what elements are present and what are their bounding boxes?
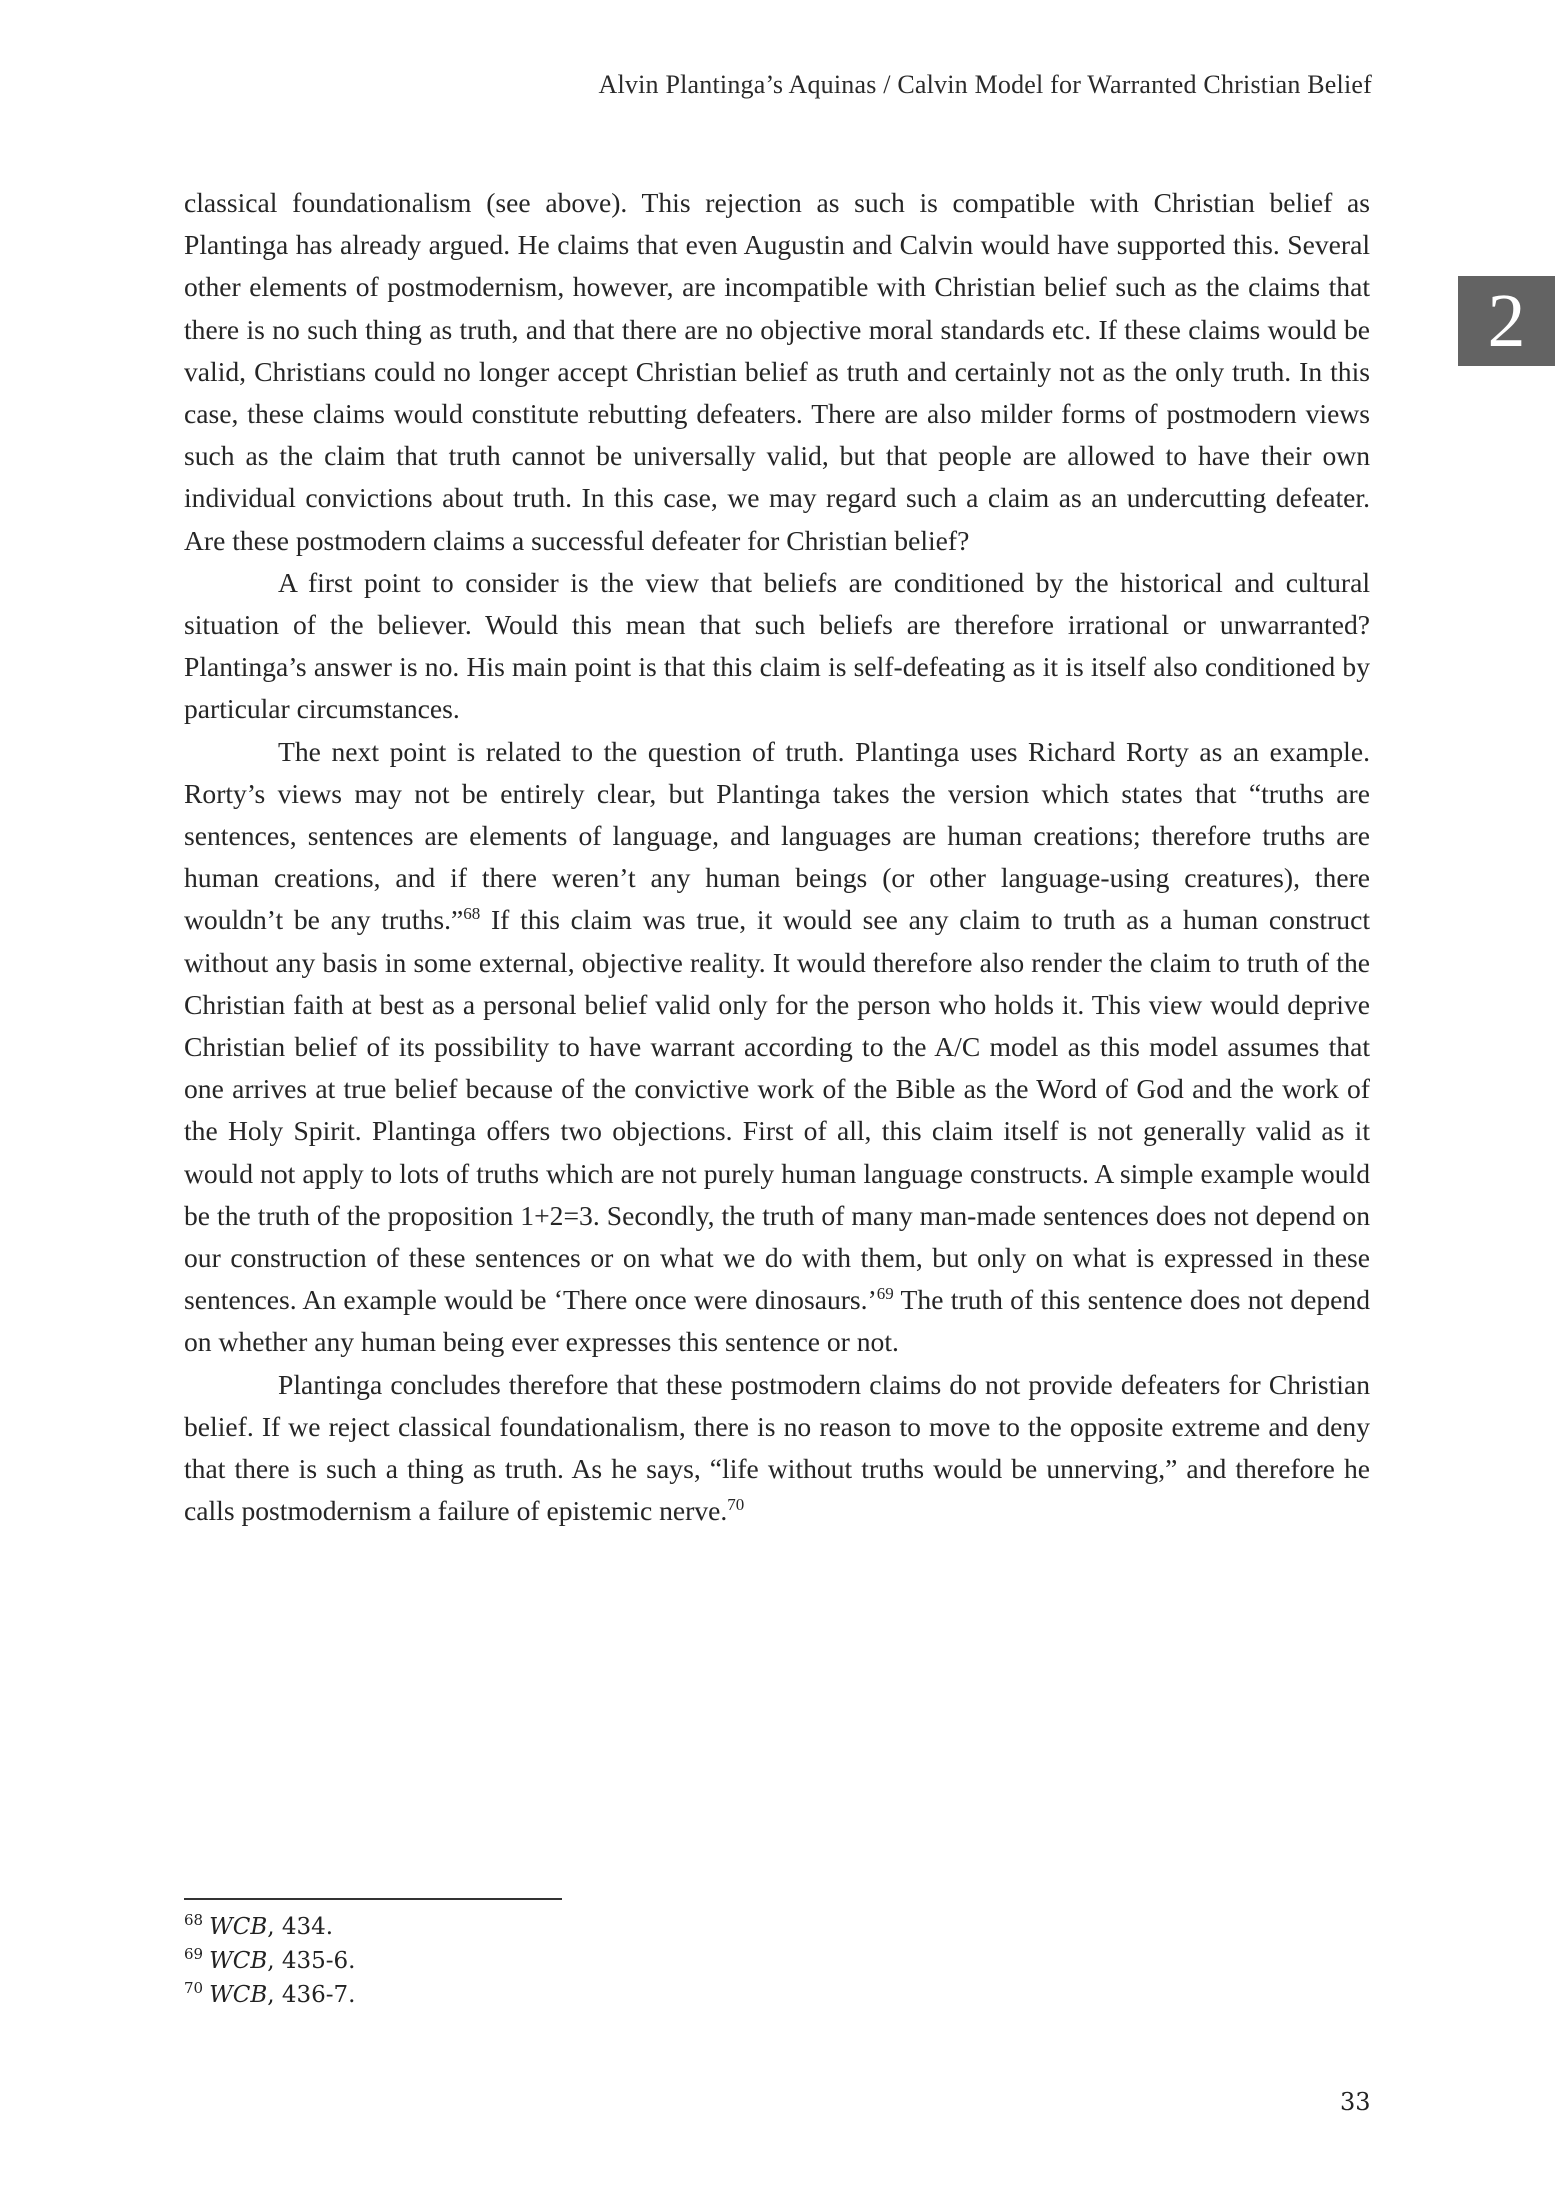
footnote-pages: , 436-7. [267,1982,355,2008]
chapter-tab: 2 [1458,276,1555,366]
footnotes: 68WCB, 434. 69WCB, 435-6. 70WCB, 436-7. [184,1910,355,2012]
footnote-68: 68WCB, 434. [184,1910,355,1944]
footnote-70: 70WCB, 436-7. [184,1978,355,2012]
paragraph-2: A first point to consider is the view th… [184,562,1370,731]
paragraph-1: classical foundationalism (see above). T… [184,182,1370,562]
footnote-number: 68 [184,1911,203,1929]
footnote-number: 70 [184,1979,203,1997]
footnote-divider [184,1898,562,1900]
running-header-title: Alvin Plantinga’s Aquinas / Calvin Model… [599,70,1372,100]
footnote-69: 69WCB, 435-6. [184,1944,355,1978]
paragraph-4: Plantinga concludes therefore that these… [184,1364,1370,1533]
footnote-number: 69 [184,1945,203,1963]
body-text: classical foundationalism (see above). T… [184,182,1370,1533]
paragraph-4-text: Plantinga concludes therefore that these… [184,1369,1370,1527]
paragraph-3-part-2: If this claim was true, it would see any… [184,904,1370,1315]
footnote-ref-69[interactable]: 69 [877,1284,894,1303]
footnote-pages: , 435-6. [267,1948,355,1974]
page-number: 33 [1340,2088,1371,2116]
footnote-source: WCB [209,1982,267,2008]
paragraph-3: The next point is related to the questio… [184,731,1370,1364]
footnote-ref-70[interactable]: 70 [727,1495,744,1514]
footnote-source: WCB [209,1914,267,1940]
footnote-pages: , 434. [267,1914,333,1940]
footnote-ref-68[interactable]: 68 [463,904,480,923]
footnote-source: WCB [209,1948,267,1974]
chapter-number: 2 [1488,283,1526,359]
